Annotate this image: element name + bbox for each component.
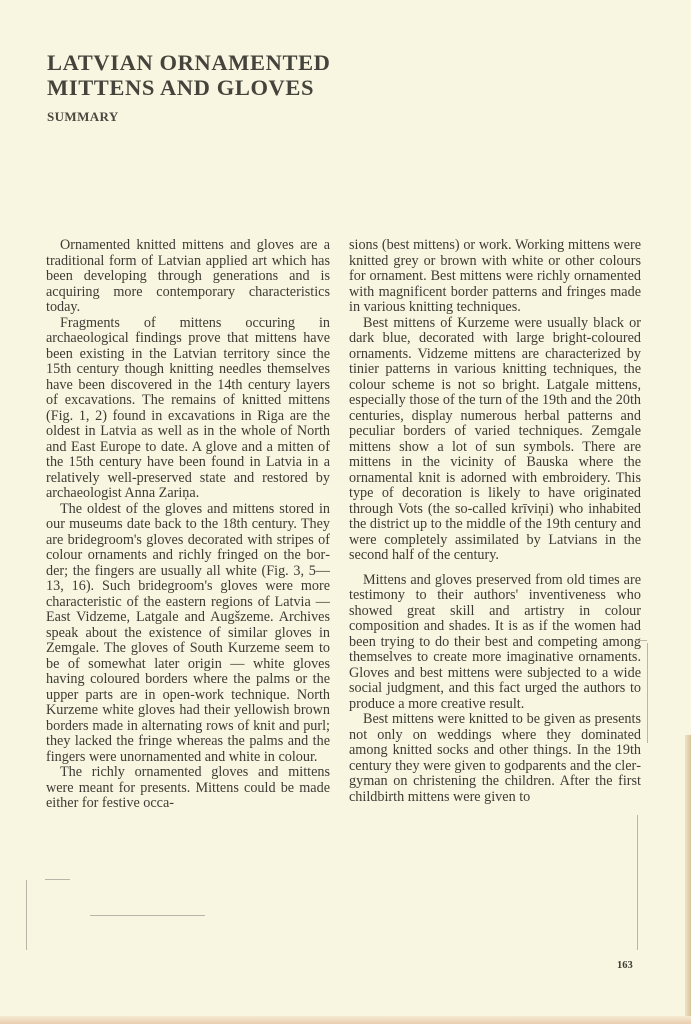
paragraph: The oldest of the gloves and mittens sto… bbox=[46, 502, 330, 766]
right-text-column: sions (best mittens) or work. Working mi… bbox=[349, 238, 641, 805]
page-edge-right bbox=[685, 735, 691, 1024]
title-line-2: MITTENS AND GLOVES bbox=[47, 75, 314, 100]
pencil-underline bbox=[90, 915, 205, 916]
paragraph: Best mittens were knitted to be given as… bbox=[349, 712, 641, 805]
pencil-margin-mark bbox=[26, 880, 27, 950]
pencil-margin-mark bbox=[637, 815, 638, 950]
pencil-margin-mark bbox=[635, 640, 647, 641]
section-heading: SUMMARY bbox=[47, 109, 119, 125]
title-line-1: LATVIAN ORNAMENTED bbox=[47, 50, 331, 75]
page-edge-bottom bbox=[0, 1016, 691, 1024]
page-number: 163 bbox=[617, 960, 633, 971]
left-text-column: Ornamented knitted mittens and gloves ar… bbox=[46, 238, 330, 812]
paragraph: Fragments of mittens occuring in archaeo… bbox=[46, 316, 330, 502]
paragraph: Best mittens of Kurzeme were usually bla… bbox=[349, 316, 641, 564]
pencil-underline bbox=[45, 879, 70, 880]
page-title: LATVIAN ORNAMENTED MITTENS AND GLOVES bbox=[47, 50, 331, 100]
paragraph: Ornamented knitted mittens and gloves ar… bbox=[46, 238, 330, 316]
paragraph: Mittens and gloves preserved from old ti… bbox=[349, 573, 641, 713]
pencil-margin-mark bbox=[647, 643, 648, 743]
paragraph: The richly ornamented gloves and mit­ten… bbox=[46, 765, 330, 812]
paragraph: sions (best mittens) or work. Working mi… bbox=[349, 238, 641, 316]
